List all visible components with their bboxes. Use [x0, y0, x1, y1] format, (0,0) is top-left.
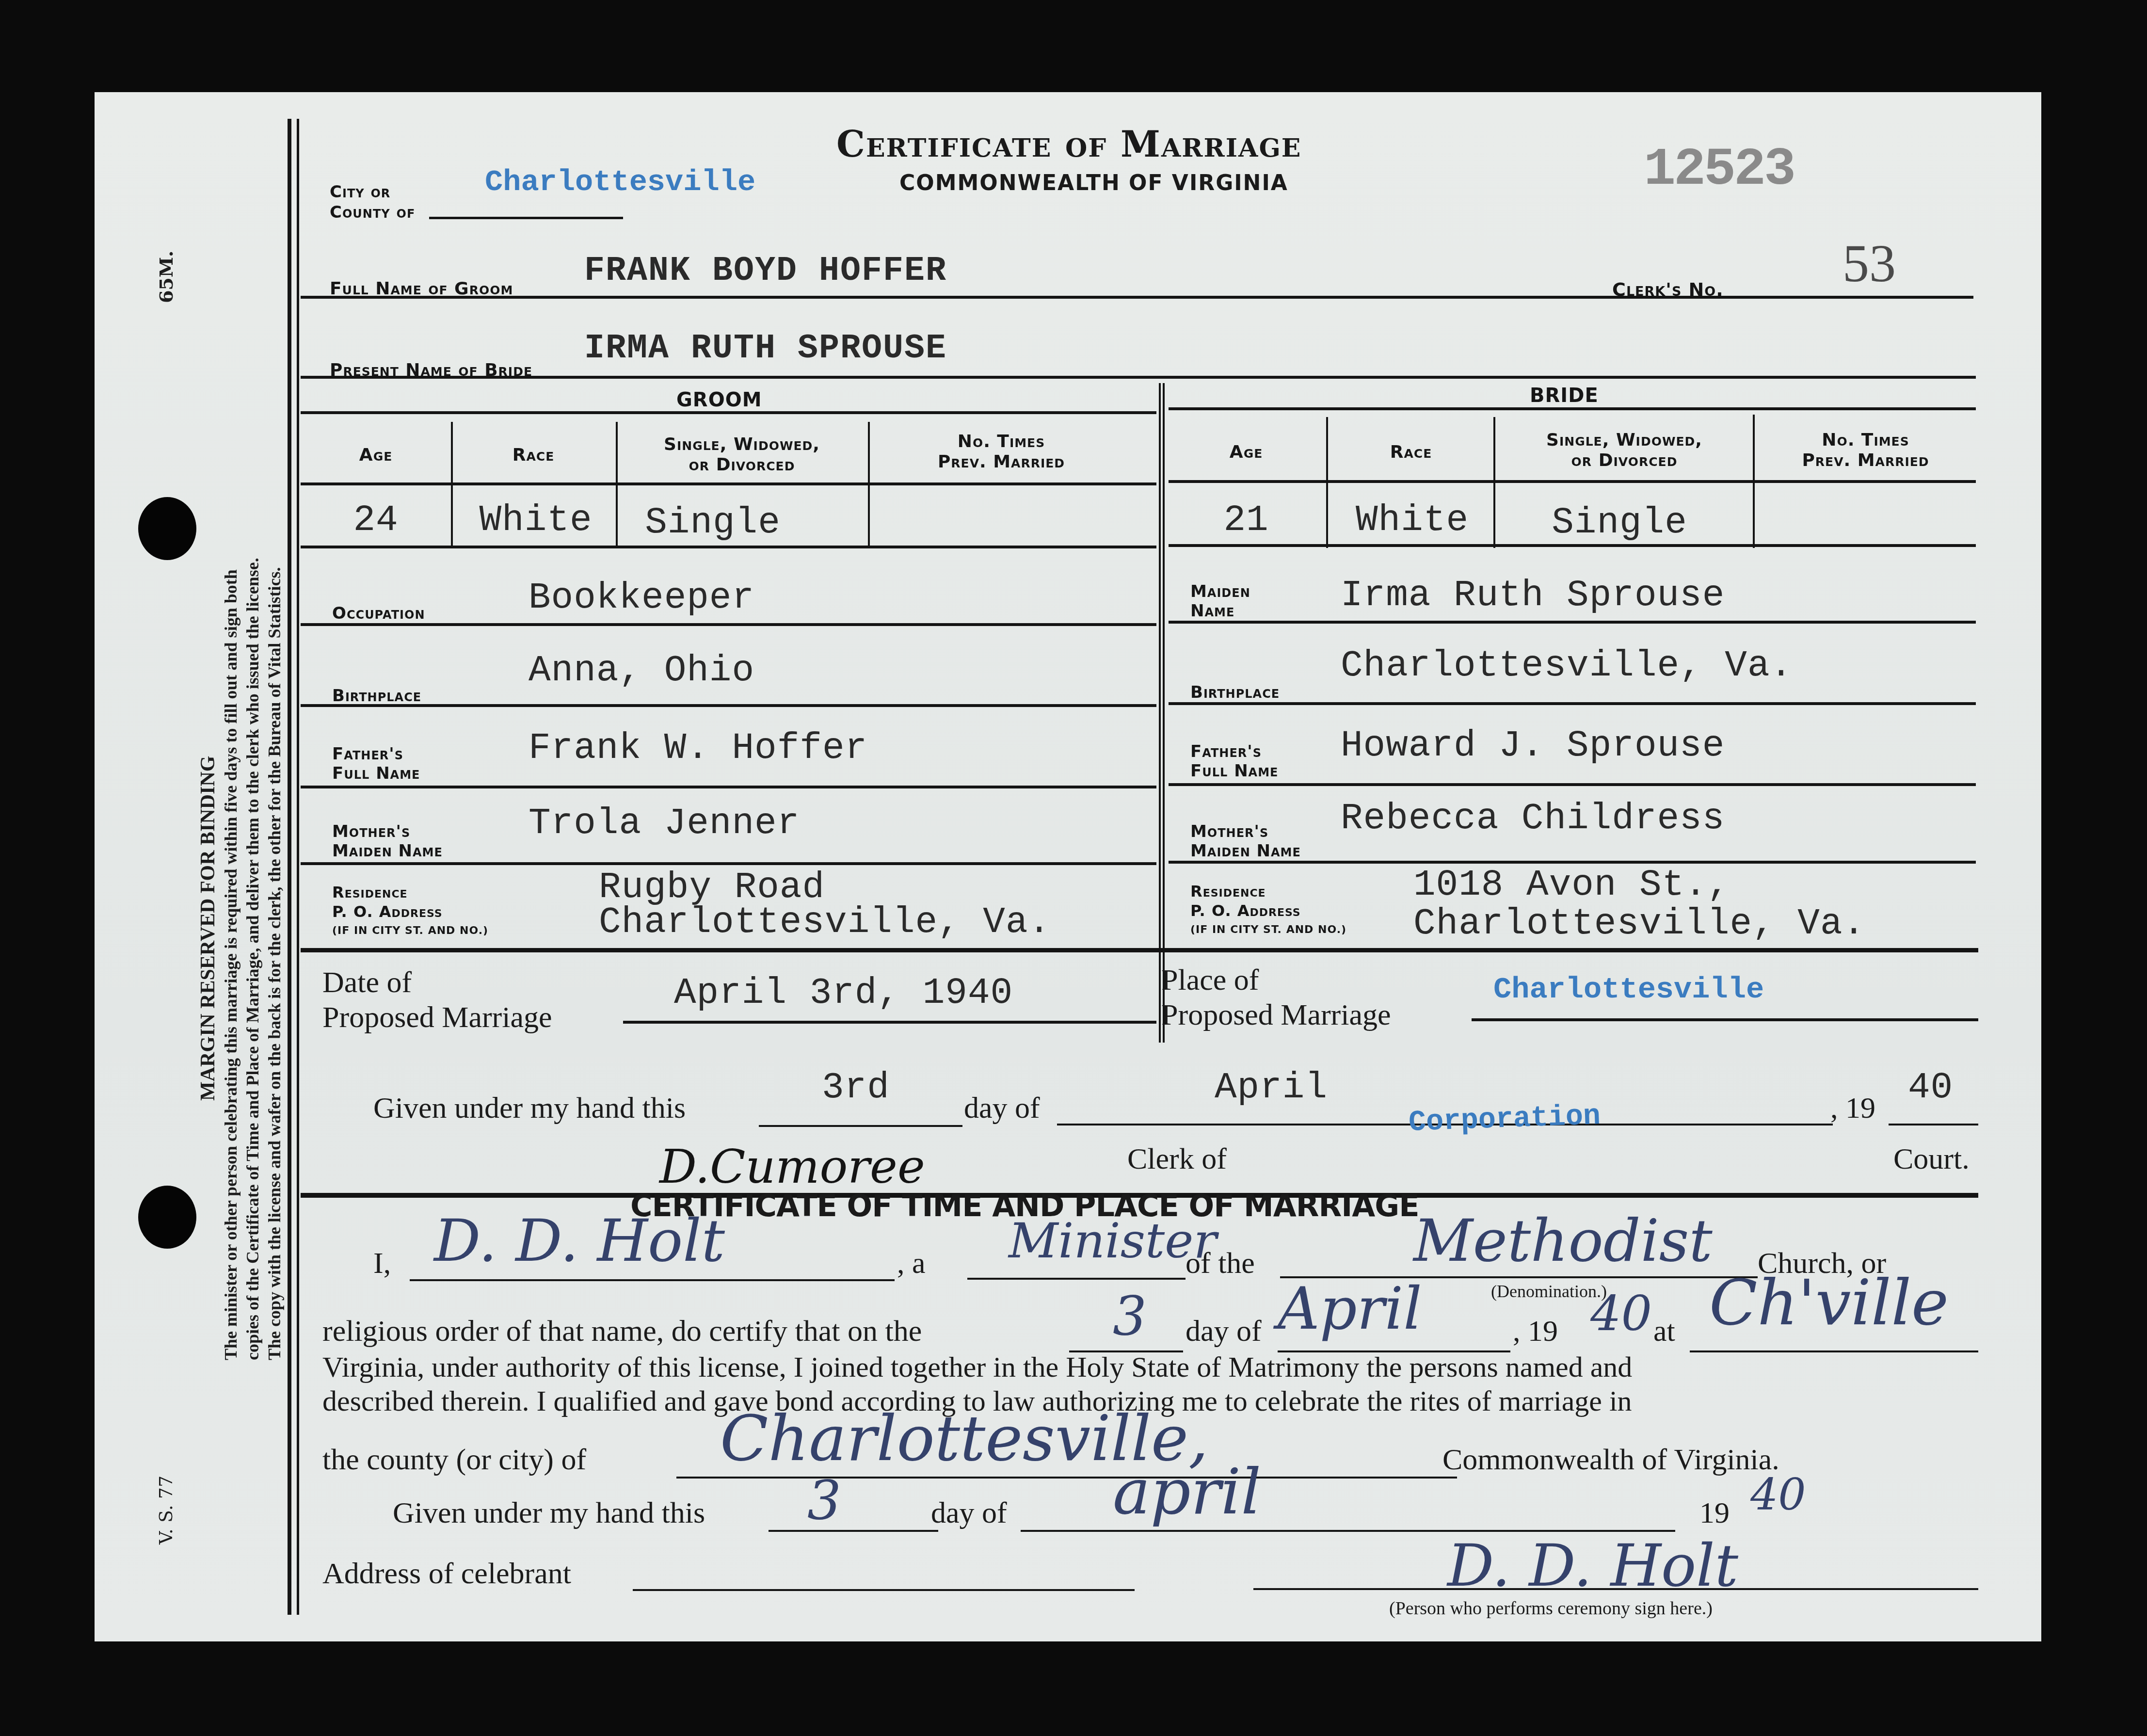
margin-instructions-line-3: The copy with the license and wafer on t…: [264, 567, 285, 1360]
bride-col-header-underline: [1169, 480, 1976, 483]
groom-mother-value: Trola Jenner: [529, 803, 800, 844]
groom-residence-line-2: Charlottesville, Va.: [599, 903, 1051, 942]
ceremony-place: Ch'ville: [1709, 1266, 1949, 1339]
table-values-underline-groom: [301, 546, 1156, 548]
city-label: City or County of: [330, 182, 415, 223]
proposed-place-label: Place of Proposed Marriage: [1161, 963, 1391, 1032]
ceremony-of-the: of the: [1186, 1246, 1255, 1281]
groom-father-underline: [301, 786, 1156, 788]
denomination-caption: (Denomination.): [1491, 1281, 1607, 1302]
ceremony-given-day-underline: [769, 1530, 938, 1532]
margin-instructions-line-1: The minister or other person celebrating…: [221, 569, 241, 1360]
bride-residence-label: Residence P. O. Address (IF IN CITY ST. …: [1190, 882, 1346, 940]
form-code-bottom: V. S. 77: [155, 1476, 176, 1544]
ceremony-given-prefix: Given under my hand this: [393, 1496, 705, 1530]
bride-name-value: IRMA RUTH SPROUSE: [584, 330, 947, 368]
bride-residence-line-2: Charlottesville, Va.: [1413, 904, 1865, 943]
groom-residence-label: Residence P. O. Address (IF IN CITY ST. …: [332, 883, 488, 941]
bride-father-underline: [1169, 783, 1976, 786]
groom-father-value: Frank W. Hoffer: [529, 727, 867, 769]
groom-occupation-underline: [301, 623, 1156, 626]
binding-line-inner: [297, 119, 299, 1615]
table-values-underline-bride: [1169, 544, 1976, 547]
punch-hole-bottom: [138, 1186, 196, 1249]
proposed-place-stamp: Charlottesville: [1493, 972, 1764, 1007]
groom-col-header-underline: [301, 482, 1156, 485]
bride-father-label: Father's Full Name: [1190, 742, 1278, 781]
margin-instructions-line-2: copies of the Certificate of Time and Pl…: [242, 558, 263, 1360]
bride-col-age: Age: [1169, 442, 1324, 463]
bride-mother-underline: [1169, 861, 1976, 864]
license-day-of: day of: [964, 1091, 1040, 1125]
officiant-title-underline: [967, 1278, 1186, 1280]
license-given-month: April: [1215, 1067, 1328, 1109]
ceremony-line-2-prefix: religious order of that name, do certify…: [322, 1314, 922, 1349]
city-value-stamp: Charlottesville: [485, 165, 755, 199]
groom-father-label: Father's Full Name: [332, 744, 420, 783]
table-heading-underline-groom: [301, 411, 1156, 414]
margin-binding-heading: MARGIN RESERVED FOR BINDING: [196, 756, 220, 1101]
bride-age-value: 21: [1169, 499, 1324, 541]
bride-maiden-label: Maiden Name: [1190, 582, 1250, 621]
bride-race-value: White: [1329, 499, 1496, 541]
certificate-subtitle: COMMONWEALTH OF VIRGINIA: [899, 171, 1288, 195]
groom-occupation-label: Occupation: [332, 604, 425, 623]
groom-bride-divider: [1159, 383, 1161, 1043]
bride-maiden-value: Irma Ruth Sprouse: [1341, 575, 1725, 616]
ceremony-place-underline: [1690, 1350, 1978, 1352]
ceremony-given-month: april: [1113, 1455, 1261, 1528]
ceremony-month: April: [1278, 1275, 1422, 1343]
officiant-signature-caption: (Person who performs ceremony sign here.…: [1389, 1598, 1713, 1619]
bride-mother-value: Rebecca Childress: [1341, 798, 1725, 839]
bride-status-value: Single: [1498, 502, 1741, 544]
ceremony-year-prefix: , 19: [1513, 1314, 1558, 1349]
court-label: Court.: [1893, 1142, 1970, 1176]
ceremony-day: 3: [1113, 1285, 1147, 1347]
groom-col-status: Single, Widowed, or Divorced: [618, 434, 865, 475]
proposed-date-value: April 3rd, 1940: [674, 972, 1013, 1014]
officiant-signature-line: [1253, 1588, 1978, 1590]
proposed-date-underline: [623, 1021, 1156, 1024]
groom-col-age: Age: [301, 445, 451, 466]
license-given-year: 40: [1908, 1067, 1953, 1109]
ceremony-given-month-underline: [1021, 1530, 1675, 1532]
groom-heading: GROOM: [676, 389, 762, 411]
license-given-day-underline: [759, 1125, 962, 1127]
city-underline: [429, 217, 623, 219]
ceremony-county-underline: [676, 1477, 1457, 1479]
ceremony-i-label: I,: [373, 1246, 391, 1281]
form-code-top: 65M.: [155, 251, 177, 303]
groom-occupation-value: Bookkeeper: [529, 577, 754, 619]
ceremony-a-label: , a: [897, 1246, 926, 1281]
clerk-signature: D.Cumoree: [659, 1140, 925, 1194]
clerk-number-value: 53: [1843, 233, 1896, 294]
binding-line-outer: [288, 119, 291, 1615]
celebrant-address-label: Address of celebrant: [322, 1557, 571, 1591]
bride-mother-label: Mother's Maiden Name: [1190, 822, 1301, 861]
table-heading-underline-bride: [1169, 407, 1976, 410]
groom-birthplace-value: Anna, Ohio: [529, 650, 754, 691]
denomination-value: Methodist: [1413, 1207, 1713, 1275]
bride-col-status: Single, Widowed, or Divorced: [1498, 430, 1750, 471]
marriage-certificate-paper: 65M. V. S. 77 MARGIN RESERVED FOR BINDIN…: [95, 92, 2041, 1641]
court-type-stamp: Corporation: [1408, 1100, 1601, 1140]
ceremony-at: at: [1653, 1314, 1675, 1349]
groom-bride-divider-2: [1163, 383, 1165, 1043]
groom-name-underline: [301, 296, 1973, 299]
bride-birthplace-label: Birthplace: [1190, 683, 1280, 702]
groom-age-value: 24: [301, 499, 451, 541]
ceremony-given-day-of: day of: [931, 1496, 1007, 1530]
groom-mother-label: Mother's Maiden Name: [332, 822, 443, 861]
officiant-name: D. D. Holt: [434, 1207, 725, 1275]
proposed-place-underline: [1472, 1018, 1978, 1021]
ceremony-given-year: 40: [1750, 1469, 1806, 1520]
bride-father-value: Howard J. Sprouse: [1341, 725, 1725, 767]
bride-heading: BRIDE: [1530, 385, 1599, 407]
groom-col-race: Race: [453, 445, 613, 466]
bride-maiden-underline: [1169, 621, 1976, 624]
license-given-day: 3rd: [822, 1067, 890, 1109]
bride-col-race: Race: [1329, 442, 1493, 463]
certificate-number-stamp: 12523: [1644, 140, 1794, 200]
ceremony-county-prefix: the county (or city) of: [322, 1443, 586, 1477]
certificate-title: Certificate of Marriage: [836, 124, 1301, 165]
ceremony-year: 40: [1590, 1285, 1652, 1342]
celebrant-address-underline: [633, 1589, 1135, 1591]
bride-birthplace-underline: [1169, 702, 1976, 705]
punch-hole-top: [138, 497, 196, 560]
ceremony-day-of: day of: [1186, 1314, 1262, 1349]
groom-status-value: Single: [618, 502, 807, 544]
officiant-underline: [410, 1279, 895, 1281]
groom-birthplace-label: Birthplace: [332, 686, 421, 706]
ceremony-commonwealth: Commonwealth of Virginia.: [1442, 1443, 1779, 1477]
ceremony-given-year-prefix: 19: [1699, 1496, 1730, 1530]
ceremony-line-3: Virginia, under authority of this licens…: [322, 1350, 1632, 1384]
license-given-prefix: Given under my hand this: [373, 1091, 686, 1125]
groom-birthplace-underline: [301, 704, 1156, 707]
groom-race-value: White: [453, 499, 618, 541]
proposed-date-label: Date of Proposed Marriage: [322, 965, 552, 1035]
license-year-prefix: , 19: [1830, 1091, 1875, 1125]
ceremony-given-day: 3: [807, 1469, 841, 1531]
details-bottom-rule: [301, 948, 1978, 952]
bride-birthplace-value: Charlottesville, Va.: [1341, 645, 1793, 687]
clerk-of-label: Clerk of: [1127, 1142, 1227, 1176]
bride-residence-line-1: 1018 Avon St.,: [1413, 866, 1730, 904]
groom-name-value: FRANK BOYD HOFFER: [584, 252, 947, 290]
license-given-year-underline: [1889, 1124, 1978, 1125]
groom-residence-line-1: Rugby Road: [599, 868, 825, 907]
bride-col-times: No. Times Prev. Married: [1755, 430, 1976, 471]
groom-col-times: No. Times Prev. Married: [870, 432, 1132, 472]
groom-mother-underline: [301, 862, 1156, 865]
bride-name-underline: [301, 376, 1976, 379]
